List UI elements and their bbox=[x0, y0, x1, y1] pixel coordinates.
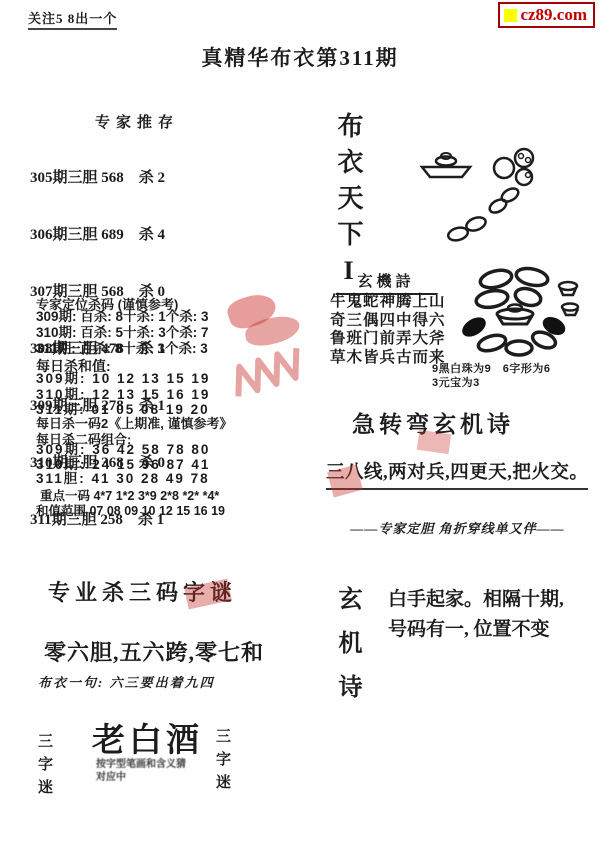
buyi-sentence: 布衣一句: 六三要出着九四 bbox=[38, 672, 215, 691]
red-watermark-zigzag-icon bbox=[223, 337, 313, 405]
expert-dingdan-divider: ——专家定胆 角折穿线单又伴—— bbox=[330, 518, 585, 537]
poem-line: 牛鬼蛇神腾上山 bbox=[330, 293, 446, 312]
lottery-sheet-page: 关注5 8出一个 cz89.com 真精华布衣第311期 专家推存 305期三胆… bbox=[0, 0, 600, 852]
black-white-beads-ingot-illustration bbox=[452, 266, 597, 358]
sum-range-line: 和值范围 07 08 09 10 12 15 16 19 bbox=[36, 501, 225, 519]
site-logo[interactable]: cz89.com bbox=[498, 2, 595, 28]
poem-line: 草木皆兵古而来 bbox=[330, 349, 446, 368]
poem-line: 奇三偶四中得六 bbox=[330, 312, 446, 331]
expert-recommend-title: 专家推存 bbox=[95, 111, 179, 132]
kill-three-riddle-line: 零六胆,五六跨,零七和 bbox=[44, 636, 264, 667]
position-kill-list: 309期: 百杀: 8十杀: 1个杀: 3 310期: 百杀: 5十杀: 3个杀… bbox=[36, 309, 209, 357]
list-item: 309期: 百杀: 8十杀: 1个杀: 3 bbox=[36, 309, 209, 325]
daily-kill-sum-list: 309期: 10 12 13 15 19 310期: 12 13 15 16 1… bbox=[36, 371, 210, 418]
list-item: 306期三胆 689 杀 4 bbox=[30, 226, 165, 245]
beads-caption-line2: 3元宝为3 bbox=[432, 374, 480, 390]
riddle-note-line: 对应中 bbox=[96, 771, 186, 784]
logo-text: cz89.com bbox=[520, 5, 587, 25]
three-char-riddle-label-right: 三字迷 bbox=[212, 728, 233, 797]
list-item: 311期: 百杀: 8十杀: 1个杀: 3 bbox=[36, 341, 209, 357]
three-char-riddle-label-left: 三字迷 bbox=[34, 733, 55, 802]
ingot-beads-chain-illustration bbox=[412, 146, 577, 250]
list-item: 305期三胆 568 杀 2 bbox=[30, 169, 165, 188]
poem-line: 鲁班门前弄大斧 bbox=[330, 330, 446, 349]
list-item: 310期: 百杀: 5十杀: 3个杀: 7 bbox=[36, 325, 209, 341]
list-item: 311胆: 41 30 28 49 78 bbox=[36, 472, 210, 487]
two-combo-list: 309期: 36 42 58 78 80 310期: 24 15 96 87 4… bbox=[36, 443, 210, 487]
list-item: 310期: 12 13 15 16 19 bbox=[36, 387, 210, 403]
bottom-poem-line2: 号码有一, 位置不变 bbox=[388, 614, 550, 641]
xuanji-vertical-label: 玄机诗 bbox=[330, 586, 365, 718]
three-char-riddle-answer: 老白酒 bbox=[92, 714, 203, 761]
list-item: 310期: 24 15 96 87 41 bbox=[36, 458, 210, 473]
list-item: 309期: 10 12 13 15 19 bbox=[36, 371, 210, 387]
buyi-tianxia-label: 布衣天下I bbox=[330, 112, 367, 295]
riddle-note-line: 按字型笔画和含义猜 bbox=[96, 758, 186, 771]
xuanji-poem-title: 玄機詩 bbox=[336, 270, 436, 295]
page-title: 真精华布衣第311期 bbox=[0, 42, 600, 72]
xuanji-poem: 牛鬼蛇神腾上山 奇三偶四中得六 鲁班门前弄大斧 草木皆兵古而来 bbox=[330, 293, 446, 367]
red-stamp-mark bbox=[417, 430, 451, 454]
bottom-poem-line1: 白手起家。相隔十期, bbox=[388, 584, 564, 611]
sharp-turn-poem-line: 三八线,两对兵,四更天,把火交。 bbox=[326, 458, 588, 490]
top-note: 关注5 8出一个 bbox=[28, 8, 117, 30]
logo-yellow-square-icon bbox=[504, 9, 517, 22]
riddle-note: 按字型笔画和含义猜 对应中 bbox=[96, 758, 186, 784]
list-item: 309期: 36 42 58 78 80 bbox=[36, 443, 210, 458]
